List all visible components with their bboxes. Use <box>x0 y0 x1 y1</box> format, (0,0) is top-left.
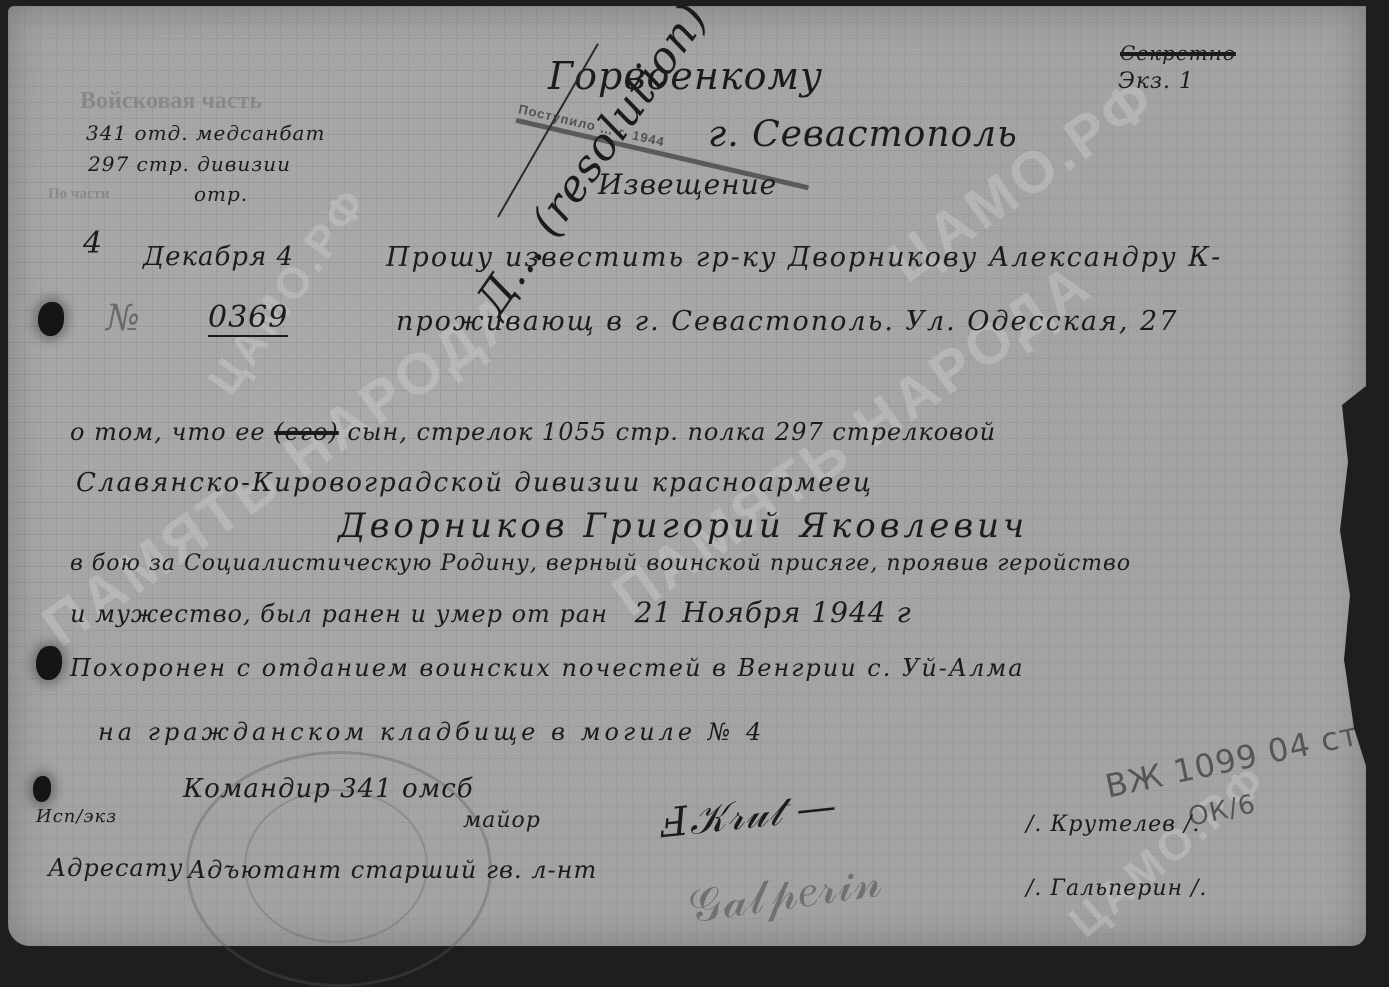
unit-stamp-line-2: 297 стр. дивизии <box>88 152 291 176</box>
adjutant-name: /. Гальперин /. <box>1026 876 1207 901</box>
death-date: 21 Ноября 1944 г <box>635 596 912 629</box>
addressee-note: Адресату <box>48 854 183 882</box>
body-line-3: о том, что ее (его) сын, стрелок 1055 ст… <box>70 418 996 446</box>
struck-word: (его) <box>274 418 339 446</box>
commander-signature: Ⅎ𝒦𝓇𝓊𝓉 — <box>658 783 839 847</box>
date-line: Декабря 4 <box>143 242 294 272</box>
document-title: Извещение <box>598 168 777 201</box>
copy-number: Экз. 1 <box>1118 69 1194 94</box>
commander-rank: майор <box>463 808 541 833</box>
punch-hole <box>38 302 64 336</box>
marginal-resolution: Д… (resolution) <box>466 0 719 325</box>
adjutant-title: Адъютант старший гв. л-нт <box>188 856 597 884</box>
addressee-city: г. Севастополь <box>708 114 1018 155</box>
torn-edge <box>1326 386 1366 766</box>
body-line-7: Похоронен с отданием воинских почестей в… <box>70 654 1025 682</box>
unit-stamp-line-1: 341 отд. медсанбат <box>86 121 325 145</box>
punch-hole <box>36 646 62 680</box>
left-margin-note: Исп/экз <box>36 806 117 827</box>
deceased-name: Дворников Григорий Яковлевич <box>338 506 1028 546</box>
top-right-struck-mark: Секретно <box>1120 41 1236 65</box>
pencil-archive-annotation: ВЖ 1099 04 ст <box>1102 715 1363 806</box>
commander-title: Командир 341 омсб <box>183 774 474 804</box>
body-line-5: в бою за Социалистическую Родину, верный… <box>70 551 1131 576</box>
unit-stamp-line-3: отр. <box>194 182 248 206</box>
body-line-2: проживающ в г. Севастополь. Ул. Одесская… <box>396 306 1178 337</box>
body-line-8: на гражданском кладбище в могиле № 4 <box>98 718 765 746</box>
body-line-4: Славянско-Кировоградской дивизии красноа… <box>76 468 873 498</box>
number-prefix: № <box>106 298 141 339</box>
body-line-6: и мужество, был ранен и умер от ран 21 Н… <box>70 596 912 629</box>
punch-hole <box>33 776 51 802</box>
printed-unit-label: Войсковая часть <box>80 88 262 115</box>
document-number: 0369 <box>208 300 288 337</box>
body-line-1: Прошу известить гр-ку Дворникову Алексан… <box>386 242 1222 273</box>
side-number: 4 <box>83 226 103 261</box>
commander-name: /. Крутелев /. <box>1026 812 1200 837</box>
document-sheet: ПАМЯТЬ НАРОДА ПАМЯТЬ НАРОДА ЦАМО.РФ ЦАМО… <box>8 6 1366 946</box>
printed-unit-sub: По части <box>48 186 110 203</box>
watermark-tsamo: ЦАМО.РФ <box>199 178 378 404</box>
adjutant-signature: 𝒢𝒶𝓁𝓅𝑒𝓇𝒾𝓃 <box>685 853 886 936</box>
